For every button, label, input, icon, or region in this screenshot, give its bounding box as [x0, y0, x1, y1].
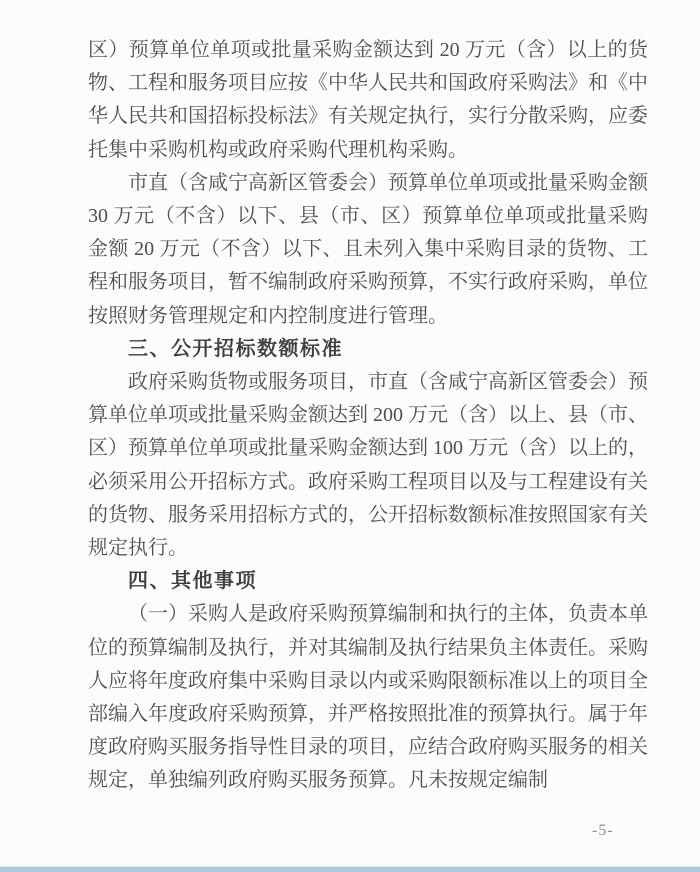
page-number: -5-	[592, 822, 614, 840]
body-paragraph: 政府采购货物或服务项目，市直（含咸宁高新区管委会）预算单位单项或批量采购金额达到…	[88, 366, 648, 565]
scan-edge-strip	[0, 866, 700, 872]
body-paragraph: 区）预算单位单项或批量采购金额达到 20 万元（含）以上的货物、工程和服务项目应…	[88, 34, 648, 167]
body-paragraph: （一）采购人是政府采购预算编制和执行的主体，负责本单位的预算编制及执行，并对其编…	[88, 598, 648, 797]
body-paragraph: 市直（含咸宁高新区管委会）预算单位单项或批量采购金额 30 万元（不含）以下、县…	[88, 167, 648, 333]
section-heading: 四、其他事项	[88, 565, 648, 598]
document-page: 区）预算单位单项或批量采购金额达到 20 万元（含）以上的货物、工程和服务项目应…	[0, 0, 700, 872]
section-heading: 三、公开招标数额标准	[88, 333, 648, 366]
document-body: 区）预算单位单项或批量采购金额达到 20 万元（含）以上的货物、工程和服务项目应…	[88, 34, 648, 798]
